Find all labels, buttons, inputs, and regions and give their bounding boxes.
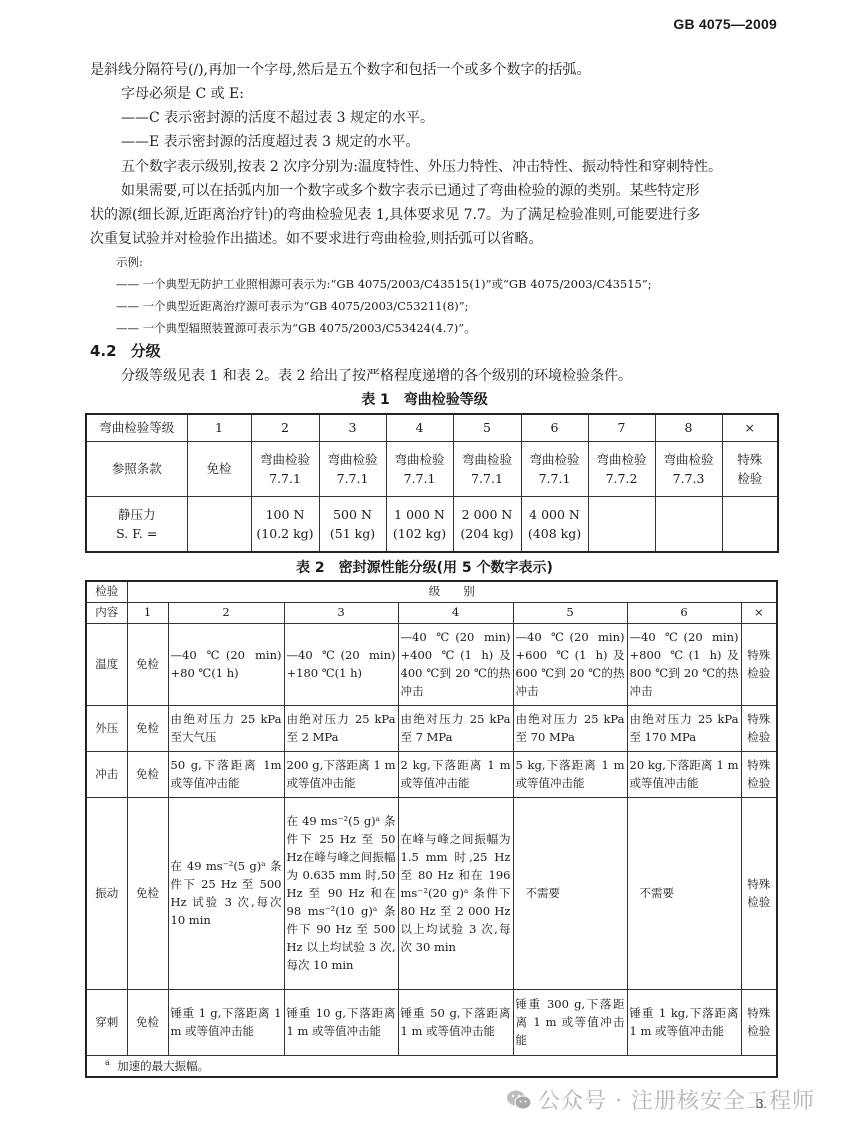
ref-cell: 弯曲检验7.7.2	[588, 441, 655, 496]
cell: 特殊检验	[741, 989, 777, 1055]
paragraph: 次重复试验并对检验作出描述。如不要求进行弯曲检验,则括弧可以省略。	[90, 229, 542, 249]
grade-cell: 3	[319, 414, 386, 441]
force-value: 1 000 N	[389, 505, 451, 524]
group-header: 级 别	[127, 581, 777, 602]
footnote-mark: a	[105, 1058, 110, 1067]
example-item: —— 一个典型近距离治疗源可表示为“GB 4075/2003/C53211(8)…	[116, 298, 469, 314]
ref-clause: 7.7.1	[389, 469, 451, 488]
table2-footnote-row: a 加速的最大振幅。	[86, 1055, 777, 1077]
force-value: 100 N	[254, 505, 317, 524]
table2-row-impact: 冲击 免检 50 g,下落距离 1m 或等值冲击能 200 g,下落距离 1 m…	[86, 751, 777, 797]
table2-level-row: 内容 1 2 3 4 5 6 ×	[86, 602, 777, 623]
section-heading: 4.2分级	[90, 340, 161, 361]
cell: 免检	[127, 705, 168, 751]
cell: 20 kg,下落距离 1 m或等值冲击能	[627, 751, 741, 797]
section-number: 4.2	[90, 342, 117, 360]
cell: 锤重 10 g,下落距离 1 m 或等值冲击能	[284, 989, 398, 1055]
force-cell: 1 000 N(102 kg)	[386, 496, 453, 552]
row-label: 穿刺	[86, 989, 127, 1055]
cell: —40 ℃(20 min) +800 ℃(1 h)及 800 ℃到 20 ℃的热…	[627, 623, 741, 705]
ref-cell: 弯曲检验7.7.1	[386, 441, 453, 496]
ref-text: 弯曲检验	[389, 450, 451, 469]
cell: 在 49 ms⁻²(5 g)ᵃ 条件下 25 Hz 至 500 Hz 试验 3 …	[168, 797, 284, 989]
ref-clause: 7.7.3	[658, 469, 720, 488]
table2-row-temperature: 温度 免检 —40 ℃(20 min) +80 ℃(1 h) —40 ℃(20 …	[86, 623, 777, 705]
table2-row-pressure: 外压 免检 由绝对压力 25 kPa至大气压 由绝对压力 25 kPa至 2 M…	[86, 705, 777, 751]
level-cell: 3	[284, 602, 398, 623]
paragraph: 五个数字表示级别,按表 2 次序分别为:温度特性、外压力特性、冲击特性、振动特性…	[121, 157, 722, 177]
force-cell	[588, 496, 655, 552]
force-cell: 2 000 N(204 kg)	[453, 496, 521, 552]
force-cell: 100 N(10.2 kg)	[251, 496, 319, 552]
cell: 不需要	[513, 797, 627, 989]
row-label: 温度	[86, 623, 127, 705]
force-value: 500 N	[322, 505, 384, 524]
cell: —40 ℃(20 min) +80 ℃(1 h)	[168, 623, 284, 705]
ref-text: 弯曲检验	[591, 450, 653, 469]
grade-cell: 5	[453, 414, 521, 441]
cell: 免检	[127, 751, 168, 797]
force-mass: (51 kg)	[322, 524, 384, 543]
ref-clause: 检验	[725, 469, 776, 488]
force-sublabel: S. F. =	[89, 524, 185, 543]
table1-force-row: 静压力S. F. = 100 N(10.2 kg) 500 N(51 kg) 1…	[86, 496, 778, 552]
ref-cell: 特殊检验	[722, 441, 778, 496]
examples-label: 示例:	[116, 254, 143, 270]
cell: —40 ℃(20 min) +400 ℃(1 h)及 400 ℃到 20 ℃的热…	[398, 623, 513, 705]
ref-cell: 免检	[187, 441, 251, 496]
ref-text: 弯曲检验	[456, 450, 519, 469]
table1-ref-row: 参照条款 免检 弯曲检验7.7.1 弯曲检验7.7.1 弯曲检验7.7.1 弯曲…	[86, 441, 778, 496]
level-cell: 6	[627, 602, 741, 623]
grade-cell: 6	[521, 414, 588, 441]
section-title: 分级	[131, 342, 161, 360]
corner-cell-top: 检验	[86, 581, 127, 602]
table2-row-vibration: 振动 免检 在 49 ms⁻²(5 g)ᵃ 条件下 25 Hz 至 500 Hz…	[86, 797, 777, 989]
row-header: 弯曲检验等级	[86, 414, 187, 441]
ref-clause: 7.7.1	[524, 469, 586, 488]
cell: 锤重 300 g,下落距离 1 m 或等值冲击能	[513, 989, 627, 1055]
cell: 由绝对压力 25 kPa至 7 MPa	[398, 705, 513, 751]
row-label: 振动	[86, 797, 127, 989]
row-header: 参照条款	[86, 441, 187, 496]
cell: 由绝对压力 25 kPa至 70 MPa	[513, 705, 627, 751]
paragraph: 如果需要,可以在括弧内加一个数字或多个数字表示已通过了弯曲检验的源的类别。某些特…	[121, 181, 699, 201]
table2-row-puncture: 穿刺 免检 锤重 1 g,下落距离 1 m 或等值冲击能 锤重 10 g,下落距…	[86, 989, 777, 1055]
ref-cell: 弯曲检验7.7.1	[251, 441, 319, 496]
paragraph: ——E 表示密封源的活度超过表 3 规定的水平。	[121, 132, 419, 152]
force-label: 静压力	[89, 505, 185, 524]
cell: 免检	[127, 623, 168, 705]
level-cell: 1	[127, 602, 168, 623]
force-mass: (408 kg)	[524, 524, 586, 543]
ref-text: 弯曲检验	[658, 450, 720, 469]
example-item: —— 一个典型辐照装置源可表示为“GB 4075/2003/C53424(4.7…	[116, 320, 476, 336]
ref-text: 免检	[190, 459, 249, 478]
ref-text: 弯曲检验	[524, 450, 586, 469]
performance-classification-table: 检验 级 别 内容 1 2 3 4 5 6 × 温度 免检 —40 ℃(20 m…	[85, 580, 778, 1078]
force-mass: (204 kg)	[456, 524, 519, 543]
force-mass: (102 kg)	[389, 524, 451, 543]
cell: 2 kg,下落距离 1 m或等值冲击能	[398, 751, 513, 797]
cell: 5 kg,下落距离 1 m或等值冲击能	[513, 751, 627, 797]
force-value: 2 000 N	[456, 505, 519, 524]
cell: —40 ℃(20 min) +600 ℃(1 h)及 600 ℃到 20 ℃的热…	[513, 623, 627, 705]
cell: 免检	[127, 797, 168, 989]
table1-caption: 表 1 弯曲检验等级	[0, 389, 849, 409]
cell: 锤重 50 g,下落距离 1 m 或等值冲击能	[398, 989, 513, 1055]
cell: 由绝对压力 25 kPa至大气压	[168, 705, 284, 751]
row-header: 静压力S. F. =	[86, 496, 187, 552]
force-cell	[187, 496, 251, 552]
ref-clause: 7.7.1	[322, 469, 384, 488]
footnote-text: 加速的最大振幅。	[117, 1059, 209, 1073]
footnote-cell: a 加速的最大振幅。	[86, 1055, 777, 1077]
corner-cell-bottom: 内容	[86, 602, 127, 623]
ref-clause: 7.7.2	[591, 469, 653, 488]
cell: 特殊检验	[741, 751, 777, 797]
cell: 50 g,下落距离 1m 或等值冲击能	[168, 751, 284, 797]
grade-cell: 4	[386, 414, 453, 441]
ref-clause: 7.7.1	[456, 469, 519, 488]
wechat-icon	[506, 1089, 532, 1111]
ref-cell: 弯曲检验7.7.3	[655, 441, 722, 496]
ref-cell: 弯曲检验7.7.1	[453, 441, 521, 496]
cell: 锤重 1 kg,下落距离 1 m 或等值冲击能	[627, 989, 741, 1055]
level-cell: 2	[168, 602, 284, 623]
cell: 在峰与峰之间振幅为 1.5 mm 时,25 Hz 至 80 Hz 和在 196 …	[398, 797, 513, 989]
row-label: 外压	[86, 705, 127, 751]
cell: 不需要	[627, 797, 741, 989]
grade-cell: 1	[187, 414, 251, 441]
bending-test-table: 弯曲检验等级 1 2 3 4 5 6 7 8 × 参照条款 免检 弯曲检验7.7…	[85, 413, 779, 553]
ref-text: 特殊	[725, 450, 776, 469]
ref-cell: 弯曲检验7.7.1	[521, 441, 588, 496]
level-cell: 4	[398, 602, 513, 623]
force-cell: 4 000 N(408 kg)	[521, 496, 588, 552]
table2-caption: 表 2 密封源性能分级(用 5 个数字表示)	[0, 557, 849, 577]
cell: 特殊检验	[741, 797, 777, 989]
grade-cell: 7	[588, 414, 655, 441]
paragraph: ——C 表示密封源的活度不超过表 3 规定的水平。	[121, 108, 434, 128]
cell: 免检	[127, 989, 168, 1055]
paragraph: 字母必须是 C 或 E:	[121, 84, 244, 104]
section-text: 分级等级见表 1 和表 2。表 2 给出了按严格程度递增的各个级别的环境检验条件…	[121, 366, 632, 386]
cell: 200 g,下落距离 1 m或等值冲击能	[284, 751, 398, 797]
force-cell	[655, 496, 722, 552]
level-cell: 5	[513, 602, 627, 623]
row-label: 冲击	[86, 751, 127, 797]
grade-cell: ×	[722, 414, 778, 441]
cell: 特殊检验	[741, 623, 777, 705]
cell: —40 ℃(20 min) +180 ℃(1 h)	[284, 623, 398, 705]
force-mass: (10.2 kg)	[254, 524, 317, 543]
watermark-text: 公众号 · 注册核安全工程师	[538, 1089, 815, 1114]
grade-cell: 8	[655, 414, 722, 441]
example-item: —— 一个典型无防护工业照相源可表示为:“GB 4075/2003/C43515…	[116, 276, 652, 292]
watermark: 公众号 · 注册核安全工程师	[506, 1084, 815, 1115]
grade-cell: 2	[251, 414, 319, 441]
ref-clause: 7.7.1	[254, 469, 317, 488]
cell: 特殊检验	[741, 705, 777, 751]
paragraph: 状的源(细长源,近距离治疗针)的弯曲检验见表 1,具体要求见 7.7。为了满足检…	[90, 205, 700, 225]
cell: 由绝对压力 25 kPa至 170 MPa	[627, 705, 741, 751]
standard-code: GB 4075—2009	[673, 16, 777, 32]
level-cell: ×	[741, 602, 777, 623]
paragraph: 是斜线分隔符号(/),再加一个字母,然后是五个数字和包括一个或多个数字的括弧。	[90, 60, 591, 80]
table2-group-header-row: 检验 级 别	[86, 581, 777, 602]
cell: 锤重 1 g,下落距离 1 m 或等值冲击能	[168, 989, 284, 1055]
force-cell: 500 N(51 kg)	[319, 496, 386, 552]
force-value: 4 000 N	[524, 505, 586, 524]
cell: 在 49 ms⁻²(5 g)ᵃ 条件下 25 Hz 至 50 Hz在峰与峰之间振…	[284, 797, 398, 989]
force-cell	[722, 496, 778, 552]
table1-grade-row: 弯曲检验等级 1 2 3 4 5 6 7 8 ×	[86, 414, 778, 441]
cell: 由绝对压力 25 kPa至 2 MPa	[284, 705, 398, 751]
page-number: 3	[756, 1097, 764, 1111]
ref-text: 弯曲检验	[254, 450, 317, 469]
ref-text: 弯曲检验	[322, 450, 384, 469]
ref-cell: 弯曲检验7.7.1	[319, 441, 386, 496]
